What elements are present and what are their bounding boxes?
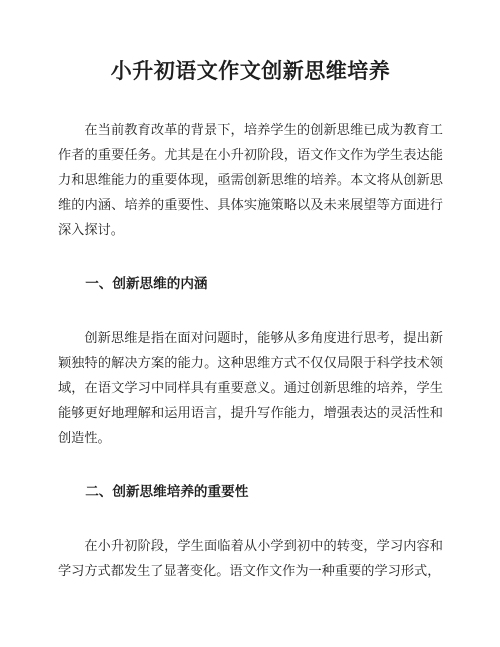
paragraph-intro: 在当前教育改革的背景下，培养学生的创新思维已成为教育工作者的重要任务。尤其是在小… <box>58 117 443 242</box>
paragraph-section-1: 创新思维是指在面对问题时，能够从多角度进行思考，提出新颖独特的解决方案的能力。这… <box>58 325 443 450</box>
paragraph-section-2: 在小升初阶段，学生面临着从小学到初中的转变，学习内容和学习方式都发生了显著变化。… <box>58 533 443 583</box>
document-page: 小升初语文作文创新思维培养 在当前教育改革的背景下，培养学生的创新思维已成为教育… <box>0 0 500 647</box>
section-heading-2: 二、创新思维培养的重要性 <box>58 479 443 504</box>
section-heading-1: 一、创新思维的内涵 <box>58 271 443 296</box>
document-title: 小升初语文作文创新思维培养 <box>58 57 443 87</box>
